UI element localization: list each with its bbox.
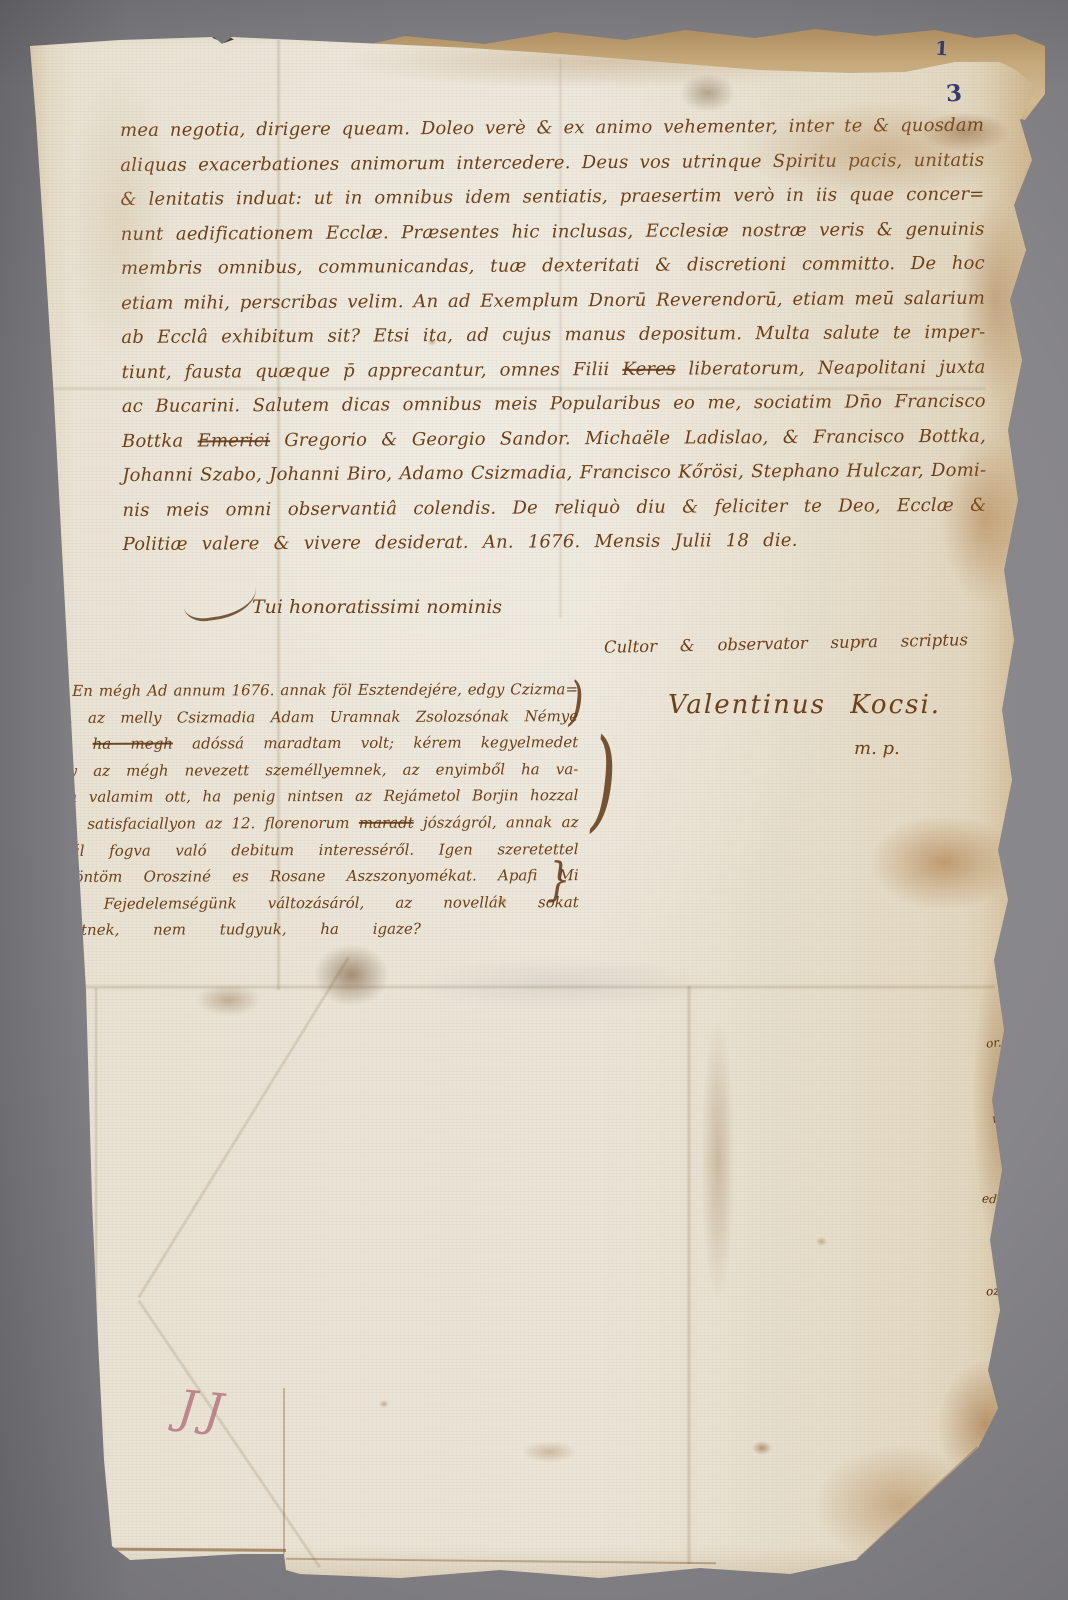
bottom-sheet-edge-2 [286, 1558, 716, 1565]
struck-word: Keres [622, 358, 675, 379]
manuscript-line: tiunt, fausta quæque p̄ apprecantur, omn… [121, 350, 985, 390]
text-segment: med, satisfaciallyon az 12. florenorum [40, 814, 358, 833]
manuscript-line: Bottka Emerici Gregorio & Georgio Sandor… [122, 419, 986, 459]
corner-fold-edge [283, 1388, 285, 1554]
manuscript-line: nis meis omni observantiâ colendis. De r… [122, 488, 986, 528]
text-segment: volt, [40, 735, 92, 753]
postscript-line: P.S. En mégh Ad annum 1676. annak föl Es… [40, 676, 578, 704]
ink-brace-2: ) [591, 722, 617, 837]
signature-name: Valentinus Kocsi. [668, 690, 941, 720]
text-segment: tiunt, fausta quæque p̄ apprecantur, omn… [122, 358, 623, 382]
manuscript-line: Politiæ valere & vivere desiderat. An. 1… [123, 524, 798, 563]
fold-crease-horizontal-2 [60, 984, 995, 990]
struck-word: maradt [359, 814, 414, 832]
corner-cut-edge [857, 1447, 978, 1560]
page-number-upper-leaf: 1 [934, 38, 948, 61]
fold-crease-vertical-3 [686, 986, 692, 1564]
edge-ink-fragment: w [992, 1112, 1002, 1126]
text-segment: Gregorio & Georgio Sandor. Michaële Ladi… [270, 425, 986, 450]
main-text-block: mea negotia, dirigere queam. Doleo verè … [120, 109, 987, 563]
manuscript-line: membris omnibus, communicandas, tuæ dext… [121, 247, 985, 287]
struck-word: Emerici [198, 430, 271, 451]
manuscript-page: 3 mea negotia, dirigere queam. Doleo ver… [0, 0, 1068, 1600]
text-segment: liberatorum, Neapolitani juxta [675, 356, 985, 379]
text-segment: adóssá maradtam volt; kérem kegyelmedet [173, 733, 578, 752]
edge-ink-fragment: or. [985, 1035, 1002, 1051]
valediction-line: Tui honoratissimi nominis [252, 596, 502, 618]
edge-ink-fragment: oz. [986, 1284, 1004, 1299]
manuscript-line: ac Bucarini. Salutem dicas omnibus meis … [122, 385, 986, 425]
manuscript-line: aliquas exacerbationes animorum interced… [120, 143, 984, 183]
signature-role-line: Cultor & observator supra scriptus [604, 630, 968, 657]
manuscript-line: & lenitatis induat: ut in omnibus idem s… [120, 178, 984, 218]
top-edge-tear [212, 34, 234, 43]
text-segment: jószágról, annak az [414, 813, 579, 832]
postscript-line: gyon valamim ott, ha penig nintsen az Re… [40, 782, 578, 810]
postscript-line: időtűl fogva való debitum interesséről. … [41, 836, 579, 864]
pen-flourish [182, 587, 259, 624]
fold-crease-diagonal-1 [137, 956, 350, 1298]
manuscript-line: Johanni Szabo, Johanni Biro, Adamo Csizm… [122, 454, 986, 494]
struck-word: ha megh [93, 735, 173, 753]
manuscript-line: mea negotia, dirigere queam. Doleo verè … [120, 109, 984, 149]
fold-crease-diagonal-2 [138, 1300, 321, 1568]
manuscript-line: ab Ecclâ exhibitum sit? Etsi ita, ad cuj… [121, 316, 985, 356]
signature-manu-propria: m. p. [854, 738, 900, 759]
ink-brace-1: ) [569, 672, 584, 732]
postscript-line: hirdetnek, nem tudgyuk, ha igaze? [41, 916, 421, 944]
postscript-block: P.S. En mégh Ad annum 1676. annak föl Es… [40, 676, 579, 944]
postscript-line: med, satisfaciallyon az 12. florenorum m… [40, 809, 578, 837]
postscript-line: haly Fejedelemségünk változásáról, az no… [41, 889, 579, 917]
red-chalk-mark: JJ [175, 1379, 233, 1438]
ink-brace-3: } [547, 852, 570, 906]
edge-ink-fragment: a [996, 1242, 1003, 1256]
manuscript-scan: 1 3 mea negotia, dirigere queam. Doleo v… [0, 0, 1068, 1600]
page-number: 3 [945, 79, 963, 107]
edge-ink-fragment: ed, [982, 1191, 1002, 1206]
postscript-line: köszöntöm Orosziné es Rosane Aszszonyomé… [41, 862, 579, 890]
manuscript-line: etiam mihi, perscribas velim. An ad Exem… [121, 281, 985, 321]
postscript-line: volt, ha megh adóssá maradtam volt; kére… [40, 729, 578, 757]
postscript-line: nak, az melly Csizmadia Adam Uramnak Zso… [40, 703, 578, 731]
manuscript-line: nunt aedificationem Ecclæ. Præsentes hic… [121, 212, 985, 252]
bottom-sheet-edge-1 [46, 1547, 286, 1552]
fold-crease-vertical-4 [94, 988, 98, 1553]
postscript-line: hogy az mégh nevezett személlyemnek, az … [40, 756, 578, 784]
text-segment: Bottka [122, 430, 198, 451]
